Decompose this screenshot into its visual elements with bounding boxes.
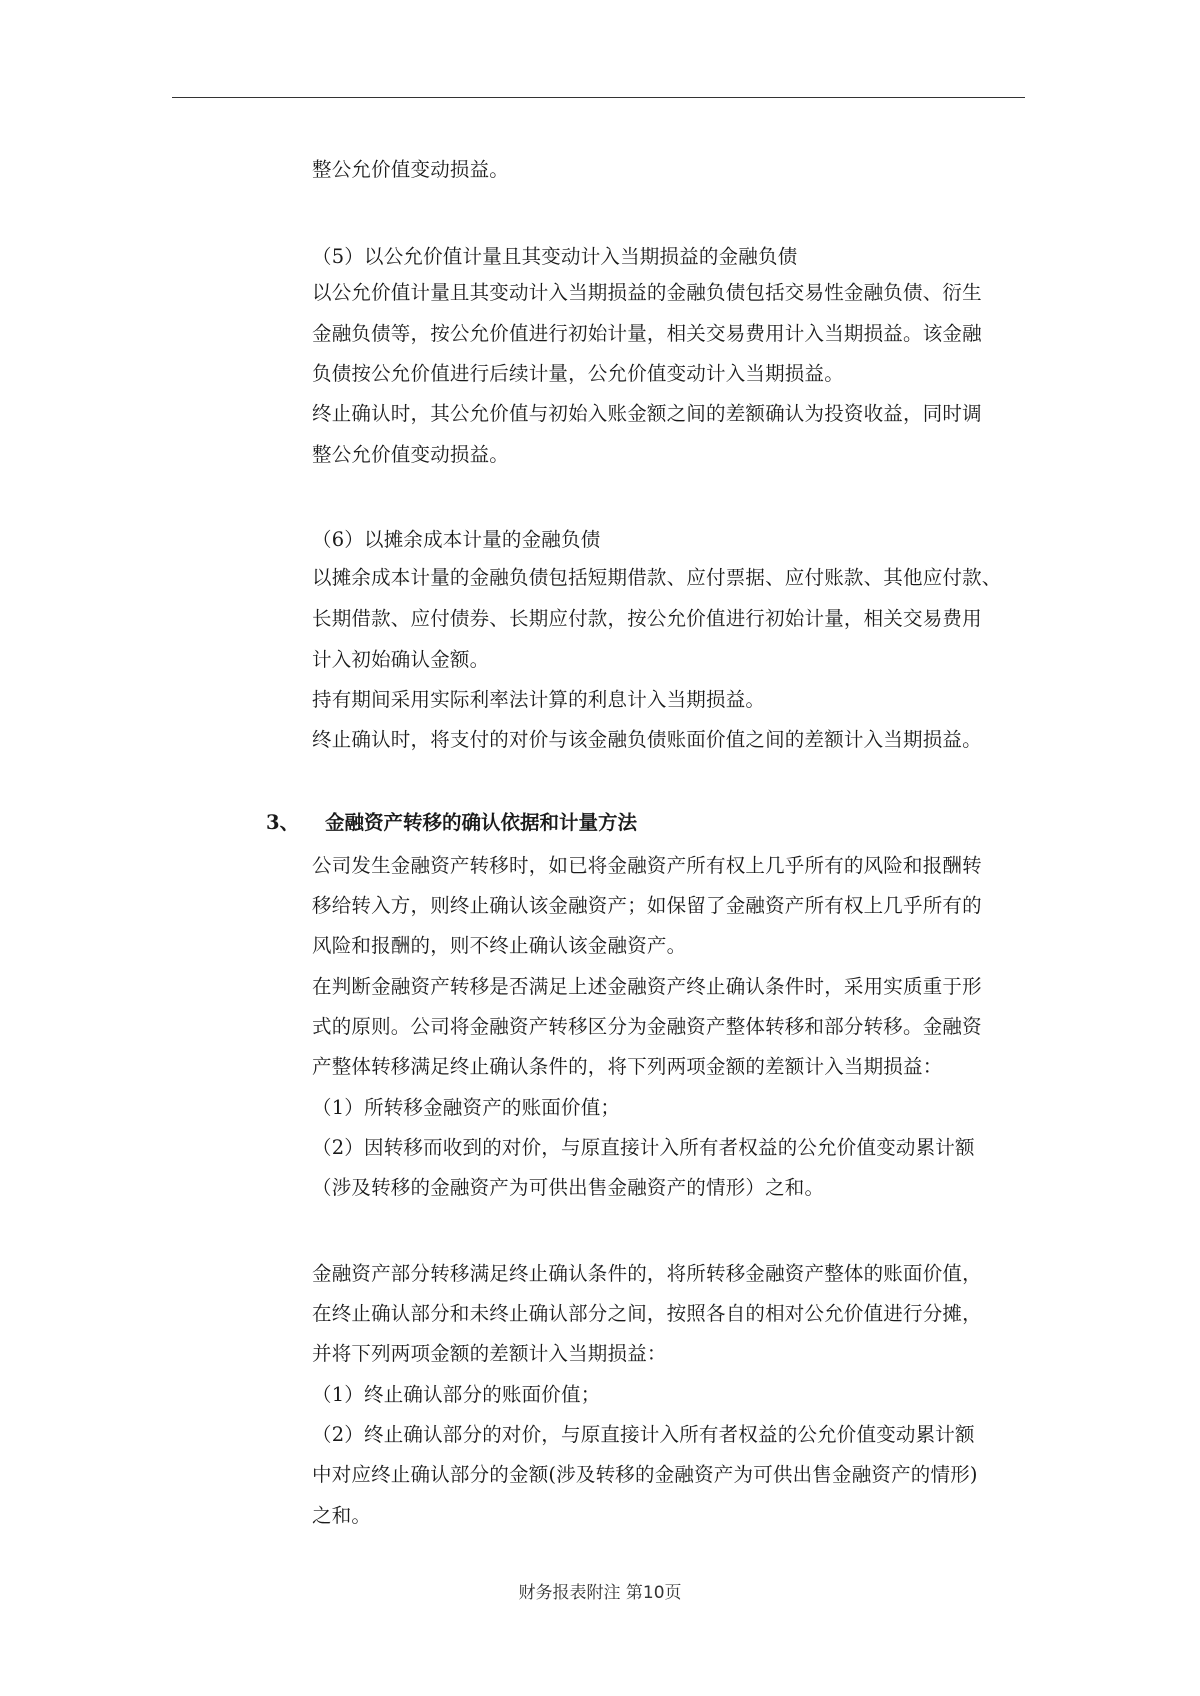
text-line: （2）终止确认部分的对价，与原直接计入所有者权益的公允价值变动累计额	[312, 1423, 975, 1447]
text-line: 整公允价值变动损益。	[312, 443, 509, 467]
text-line: 在判断金融资产转移是否满足上述金融资产终止确认条件时，采用实质重于形	[312, 975, 982, 999]
text-line: （5）以公允价值计量且其变动计入当期损益的金融负债	[312, 245, 797, 269]
text-line: 公司发生金融资产转移时，如已将金融资产所有权上几乎所有的风险和报酬转	[312, 854, 982, 878]
text-line: 负债按公允价值进行后续计量，公允价值变动计入当期损益。	[312, 362, 844, 386]
text-line: 风险和报酬的，则不终止确认该金融资产。	[312, 934, 686, 958]
text-line: 持有期间采用实际利率法计算的利息计入当期损益。	[312, 688, 765, 712]
text-line: 移给转入方，则终止确认该金融资产；如保留了金融资产所有权上几乎所有的	[312, 894, 982, 918]
section-number: 3、	[266, 811, 299, 835]
text-line: （1）终止确认部分的账面价值；	[312, 1383, 600, 1407]
text-line: （涉及转移的金融资产为可供出售金融资产的情形）之和。	[312, 1176, 824, 1200]
header-rule	[172, 97, 1025, 98]
page-footer: 财务报表附注 第10页	[0, 1578, 1200, 1603]
text-line: 金融负债等，按公允价值进行初始计量，相关交易费用计入当期损益。该金融	[312, 322, 982, 346]
text-line: 整公允价值变动损益。	[312, 158, 509, 182]
text-line: 中对应终止确认部分的金额(涉及转移的金融资产为可供出售金融资产的情形)	[312, 1463, 978, 1487]
text-line: 金融资产部分转移满足终止确认条件的，将所转移金融资产整体的账面价值，	[312, 1262, 982, 1286]
text-line: 之和。	[312, 1504, 371, 1528]
text-line: 计入初始确认金额。	[312, 648, 489, 672]
text-line: 在终止确认部分和未终止确认部分之间，按照各自的相对公允价值进行分摊，	[312, 1302, 982, 1326]
text-line: 长期借款、应付债券、长期应付款，按公允价值进行初始计量，相关交易费用	[312, 607, 982, 631]
text-line: 以公允价值计量且其变动计入当期损益的金融负债包括交易性金融负债、衍生	[312, 281, 982, 305]
text-line: 以摊余成本计量的金融负债包括短期借款、应付票据、应付账款、其他应付款、	[312, 566, 1002, 590]
text-line: 终止确认时，其公允价值与初始入账金额之间的差额确认为投资收益，同时调	[312, 402, 982, 426]
text-line: （6）以摊余成本计量的金融负债	[312, 528, 600, 552]
text-line: 终止确认时，将支付的对价与该金融负债账面价值之间的差额计入当期损益。	[312, 728, 982, 752]
text-line: 产整体转移满足终止确认条件的，将下列两项金额的差额计入当期损益：	[312, 1055, 942, 1079]
text-line: 并将下列两项金额的差额计入当期损益：	[312, 1342, 667, 1366]
text-line: 式的原则。公司将金融资产转移区分为金融资产整体转移和部分转移。金融资	[312, 1015, 982, 1039]
text-line: （2）因转移而收到的对价，与原直接计入所有者权益的公允价值变动累计额	[312, 1136, 975, 1160]
section-heading: 金融资产转移的确认依据和计量方法	[325, 811, 637, 835]
text-line: （1）所转移金融资产的账面价值；	[312, 1096, 620, 1120]
